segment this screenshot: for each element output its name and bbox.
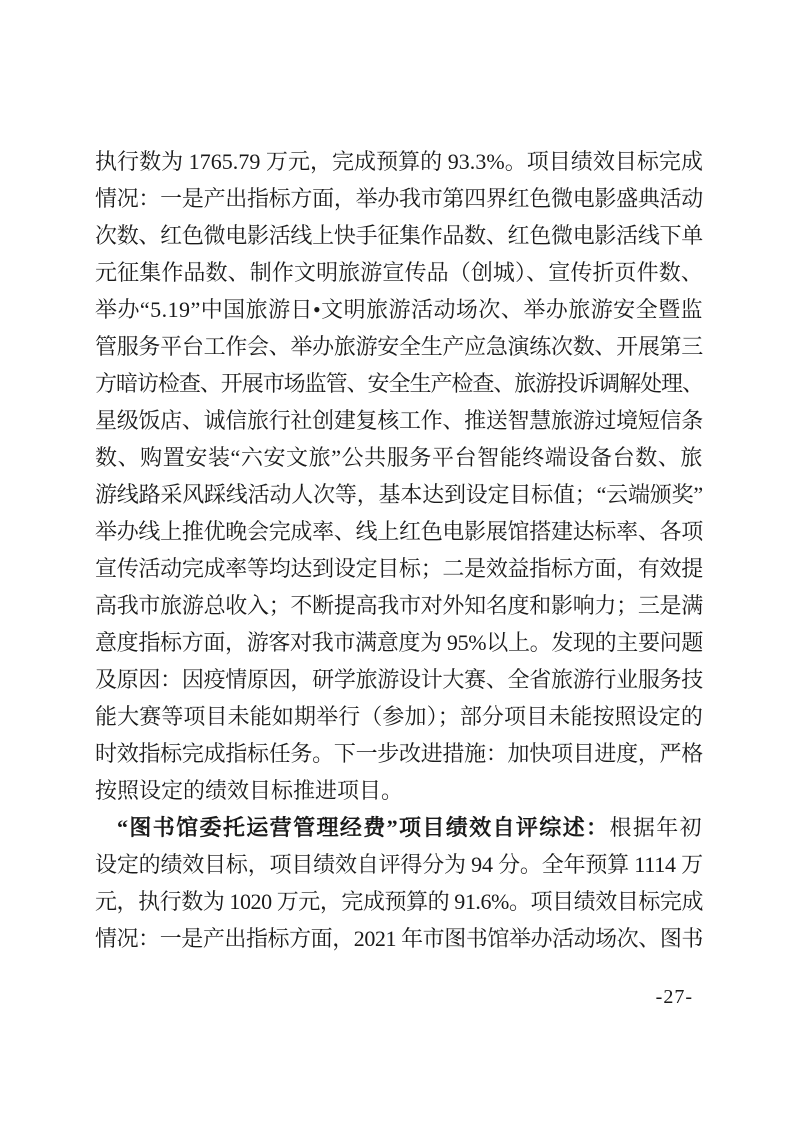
text-segment: 管服务平台工作会、举办旅游安全生产应急演练次数、开展第三 <box>95 334 703 359</box>
text-segment: 次数、红色微电影活线上快手征集作品数、红色微电影活线下单 <box>95 223 703 248</box>
text-segment: 及原因：因疫情原因，研学旅游设计大赛、全省旅游行业服务技 <box>95 667 703 692</box>
text-line: 意度指标方面，游客对我市满意度为 95%以上。发现的主要问题 <box>95 624 703 661</box>
bold-text-segment: “图书馆委托运营管理经费”项目绩效自评综述： <box>117 815 609 840</box>
text-segment: 情况：一是产出指标方面，2021 年市图书馆举办活动场次、图书 <box>95 926 703 951</box>
text-segment: 举办线上推优晚会完成率、线上红色电影展馆搭建达标率、各项 <box>95 519 703 544</box>
text-segment: 元，执行数为 1020 万元，完成预算的 91.6%。项目绩效目标完成 <box>95 889 703 914</box>
text-line: 及原因：因疫情原因，研学旅游设计大赛、全省旅游行业服务技 <box>95 661 703 698</box>
text-line: 举办“5.19”中国旅游日•文明旅游活动场次、举办旅游安全暨监 <box>95 291 703 328</box>
text-line: 能大赛等项目未能如期举行（参加）；部分项目未能按照设定的 <box>95 698 703 735</box>
text-segment: 数、购置安装“六安文旅”公共服务平台智能终端设备台数、旅 <box>95 445 703 470</box>
document-body: 执行数为 1765.79 万元，完成预算的 93.3%。项目绩效目标完成情况：一… <box>95 143 703 957</box>
text-line: 时效指标完成指标任务。下一步改进措施：加快项目进度，严格 <box>95 735 703 772</box>
text-line: 高我市旅游总收入；不断提高我市对外知名度和影响力；三是满 <box>95 587 703 624</box>
text-segment: 设定的绩效目标，项目绩效自评得分为 94 分。全年预算 1114 万 <box>95 852 703 877</box>
text-line: 情况：一是产出指标方面，举办我市第四界红色微电影盛典活动 <box>95 180 703 217</box>
text-segment: 宣传活动完成率等均达到设定目标；二是效益指标方面，有效提 <box>95 556 703 581</box>
text-segment: 举办“5.19”中国旅游日•文明旅游活动场次、举办旅游安全暨监 <box>95 297 703 322</box>
text-line: 管服务平台工作会、举办旅游安全生产应急演练次数、开展第三 <box>95 328 703 365</box>
text-segment: 时效指标完成指标任务。下一步改进措施：加快项目进度，严格 <box>95 741 703 766</box>
text-segment: 高我市旅游总收入；不断提高我市对外知名度和影响力；三是满 <box>95 593 703 618</box>
text-segment: 方暗访检查、开展市场监管、安全生产检查、旅游投诉调解处理、 <box>95 371 703 396</box>
text-line: 设定的绩效目标，项目绩效自评得分为 94 分。全年预算 1114 万 <box>95 846 703 883</box>
text-segment: 根据年初 <box>609 815 703 840</box>
document-page: 执行数为 1765.79 万元，完成预算的 93.3%。项目绩效目标完成情况：一… <box>0 0 793 1122</box>
text-segment: 游线路采风踩线活动人次等，基本达到设定目标值；“云端颁奖” <box>95 482 703 507</box>
text-line: 元征集作品数、制作文明旅游宣传品（创城）、宣传折页件数、 <box>95 254 703 291</box>
text-line: 方暗访检查、开展市场监管、安全生产检查、旅游投诉调解处理、 <box>95 365 703 402</box>
text-line: 执行数为 1765.79 万元，完成预算的 93.3%。项目绩效目标完成 <box>95 143 703 180</box>
text-segment: 元征集作品数、制作文明旅游宣传品（创城）、宣传折页件数、 <box>95 260 703 285</box>
text-segment: 按照设定的绩效目标推进项目。 <box>95 778 403 803</box>
text-line: “图书馆委托运营管理经费”项目绩效自评综述：根据年初 <box>95 809 703 846</box>
text-segment: 执行数为 1765.79 万元，完成预算的 93.3%。项目绩效目标完成 <box>95 149 703 174</box>
text-line: 星级饭店、诚信旅行社创建复核工作、推送智慧旅游过境短信条 <box>95 402 703 439</box>
text-line: 情况：一是产出指标方面，2021 年市图书馆举办活动场次、图书 <box>95 920 703 957</box>
text-line: 宣传活动完成率等均达到设定目标；二是效益指标方面，有效提 <box>95 550 703 587</box>
text-line: 元，执行数为 1020 万元，完成预算的 91.6%。项目绩效目标完成 <box>95 883 703 920</box>
text-line: 按照设定的绩效目标推进项目。 <box>95 772 703 809</box>
text-line: 次数、红色微电影活线上快手征集作品数、红色微电影活线下单 <box>95 217 703 254</box>
text-segment: 星级饭店、诚信旅行社创建复核工作、推送智慧旅游过境短信条 <box>95 408 703 433</box>
text-line: 举办线上推优晚会完成率、线上红色电影展馆搭建达标率、各项 <box>95 513 703 550</box>
text-segment: 能大赛等项目未能如期举行（参加）；部分项目未能按照设定的 <box>95 704 703 729</box>
text-line: 游线路采风踩线活动人次等，基本达到设定目标值；“云端颁奖” <box>95 476 703 513</box>
text-segment: 情况：一是产出指标方面，举办我市第四界红色微电影盛典活动 <box>95 186 703 211</box>
text-line: 数、购置安装“六安文旅”公共服务平台智能终端设备台数、旅 <box>95 439 703 476</box>
text-segment: 意度指标方面，游客对我市满意度为 95%以上。发现的主要问题 <box>95 630 703 655</box>
page-number: -27- <box>656 984 693 1010</box>
